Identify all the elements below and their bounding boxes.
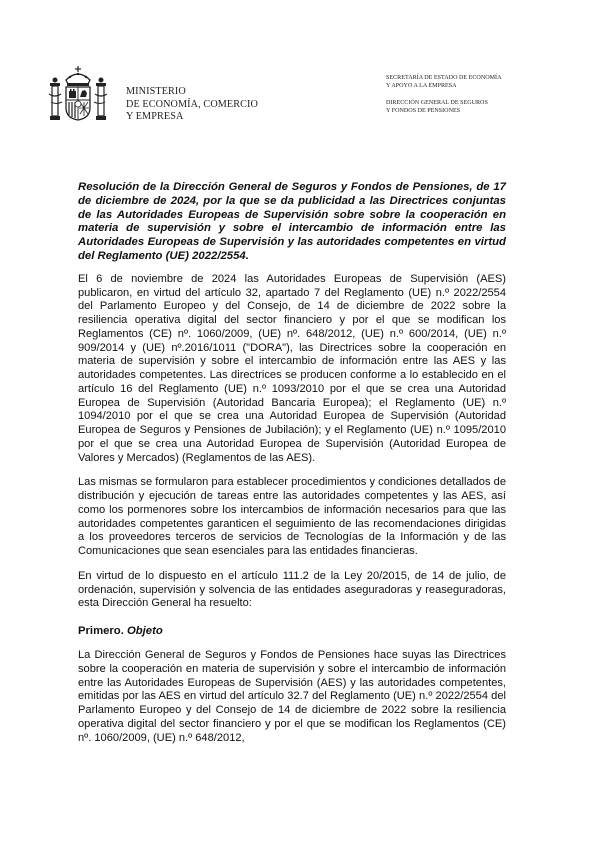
secretaria-line-1: SECRETARÍA DE ESTADO DE ECONOMÍA: [386, 74, 501, 82]
direccion-block: DIRECCIÓN GENERAL DE SEGUROS Y FONDOS DE…: [386, 99, 501, 115]
direccion-line-1: DIRECCIÓN GENERAL DE SEGUROS: [386, 99, 501, 107]
ministry-name: MINISTERIO DE ECONOMÍA, COMERCIO Y EMPRE…: [126, 86, 258, 124]
ministry-line-3: Y EMPRESA: [126, 111, 258, 124]
secretaria-line-2: Y APOYO A LA EMPRESA: [386, 82, 501, 90]
spain-coat-of-arms-icon: [48, 64, 108, 126]
ministry-line-2: DE ECONOMÍA, COMERCIO: [126, 99, 258, 112]
paragraph-background: El 6 de noviembre de 2024 las Autoridade…: [78, 273, 506, 466]
letterhead: MINISTERIO DE ECONOMÍA, COMERCIO Y EMPRE…: [0, 64, 595, 144]
section-title: Objeto: [127, 625, 163, 637]
secretaria-block: SECRETARÍA DE ESTADO DE ECONOMÍA Y APOYO…: [386, 74, 501, 90]
issuing-office: SECRETARÍA DE ESTADO DE ECONOMÍA Y APOYO…: [386, 74, 501, 124]
direccion-line-2: Y FONDOS DE PENSIONES: [386, 107, 501, 115]
paragraph-legal-basis: En virtud de lo dispuesto en el artículo…: [78, 570, 506, 611]
paragraph-section-objeto: La Dirección General de Seguros y Fondos…: [78, 649, 506, 745]
section-heading: Primero. Objeto: [78, 624, 506, 638]
ministry-line-1: MINISTERIO: [126, 86, 258, 99]
document-body: Resolución de la Dirección General de Se…: [78, 181, 506, 756]
resolution-title: Resolución de la Dirección General de Se…: [78, 181, 506, 264]
section-number: Primero.: [78, 625, 124, 637]
paragraph-purpose: Las mismas se formularon para establecer…: [78, 476, 506, 559]
